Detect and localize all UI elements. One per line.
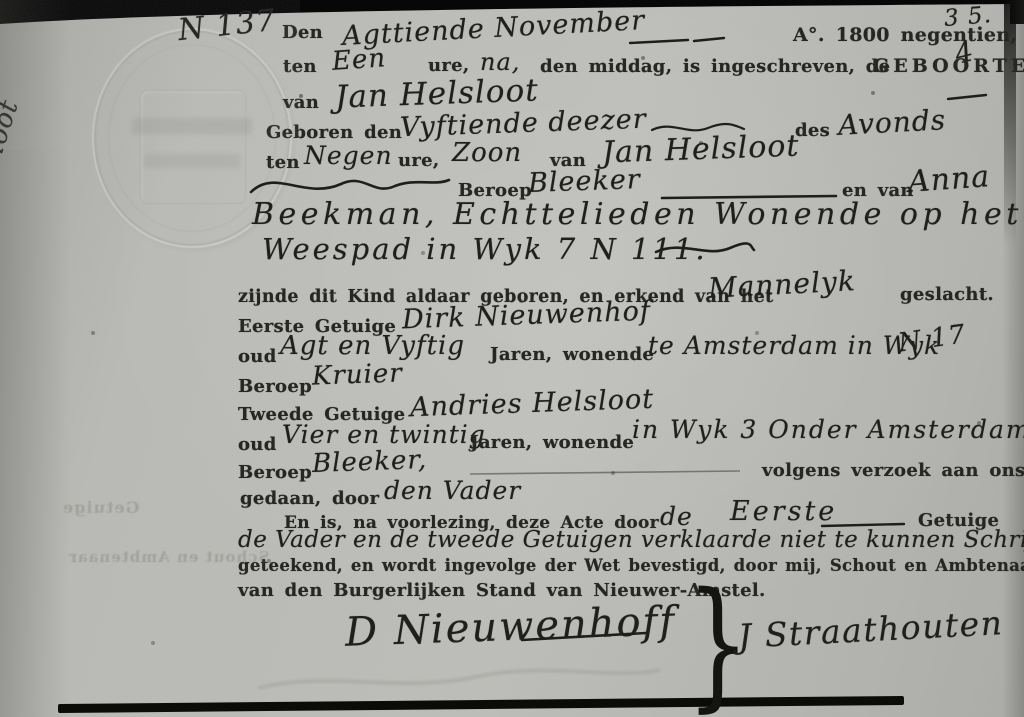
entry-witness1-occupation: Kruier (312, 358, 404, 391)
printed-geteekend: geteekend, en wordt ingevolge der Wet be… (238, 556, 1024, 575)
printed-midday: den middag, is ingeschreven, de (540, 56, 890, 77)
entry-witness2-occupation: Bleeker, (312, 445, 428, 479)
bleedthrough-signature-smudge (250, 640, 670, 700)
label-des: des (795, 120, 830, 141)
label-geboren-den: Geboren den (266, 122, 402, 143)
entry-witness2-age: Vier en twintig (282, 420, 486, 449)
label-jaren-1: Jaren, wonende (490, 344, 654, 365)
paper-specks (0, 0, 2, 2)
entry-before-after: na, (480, 48, 520, 76)
entry-witness1-age: Agt en Vyftig (280, 331, 465, 361)
stamp-smudge (144, 154, 240, 168)
bleedthrough-schout: Schout en Ambtenaar (68, 548, 269, 566)
label-beroep-3: Beroep (238, 462, 312, 483)
printed-geboorte: GEBOORTE (873, 55, 1024, 77)
entry-gender: Mannelyk (707, 264, 856, 305)
entry-daypart: Avonds (837, 103, 947, 142)
printed-volgens: volgens verzoek aan ons (762, 460, 1024, 481)
label-den: Den (282, 22, 323, 43)
folio-mark-top: 3 5. (943, 2, 993, 32)
signature-official: J Straathouten (737, 603, 1004, 656)
entry-father-occupation: Bleeker (527, 164, 641, 199)
label-oud-1: oud (238, 346, 277, 367)
entry-address: Weespad in Wyk 7 N 111. (262, 232, 708, 266)
printed-geslacht: geslacht. (900, 284, 994, 305)
bleedthrough-getuige: Getuige (62, 498, 139, 517)
entry-witness1-number: N 17 (896, 319, 968, 358)
entry-declaration: de Vader en de tweede Getuigen verklaard… (238, 527, 1024, 553)
stamp-smudge (132, 118, 252, 134)
label-beroep-2: Beroep (238, 376, 312, 397)
label-ure-2: ure, (398, 150, 440, 171)
label-ten: ten (283, 56, 317, 77)
entry-witness2-residence: in Wyk 3 Onder Amsterdam (632, 415, 1024, 444)
entry-zoon: Zoon (452, 138, 522, 168)
printed-gedaan: gedaan, door (240, 488, 379, 509)
entry-witness2-name: Andries Helsloot (410, 384, 655, 424)
flourish (652, 238, 757, 260)
stamp-plate (140, 90, 246, 204)
label-van: van (283, 92, 319, 113)
entry-birth-hour: Negen (304, 141, 393, 170)
entry-mother-first: Anna (907, 159, 991, 200)
label-ure: ure, (428, 55, 470, 76)
entry-hour: Een (331, 43, 387, 77)
folio-underline (946, 92, 990, 102)
birth-record-scan: Helsloot N 137 Den Agttiende November A°… (0, 0, 1024, 717)
filler-dash (628, 34, 728, 46)
label-oud-2: oud (238, 434, 277, 455)
margin-inscription: Helsloot (0, 96, 25, 217)
entry-gedaan-door: den Vader (384, 476, 521, 505)
label-jaren-2: Jaren, wonende (470, 432, 634, 453)
entry-mother-line: Beekman, Echttelieden Wonende op het (252, 197, 1023, 232)
